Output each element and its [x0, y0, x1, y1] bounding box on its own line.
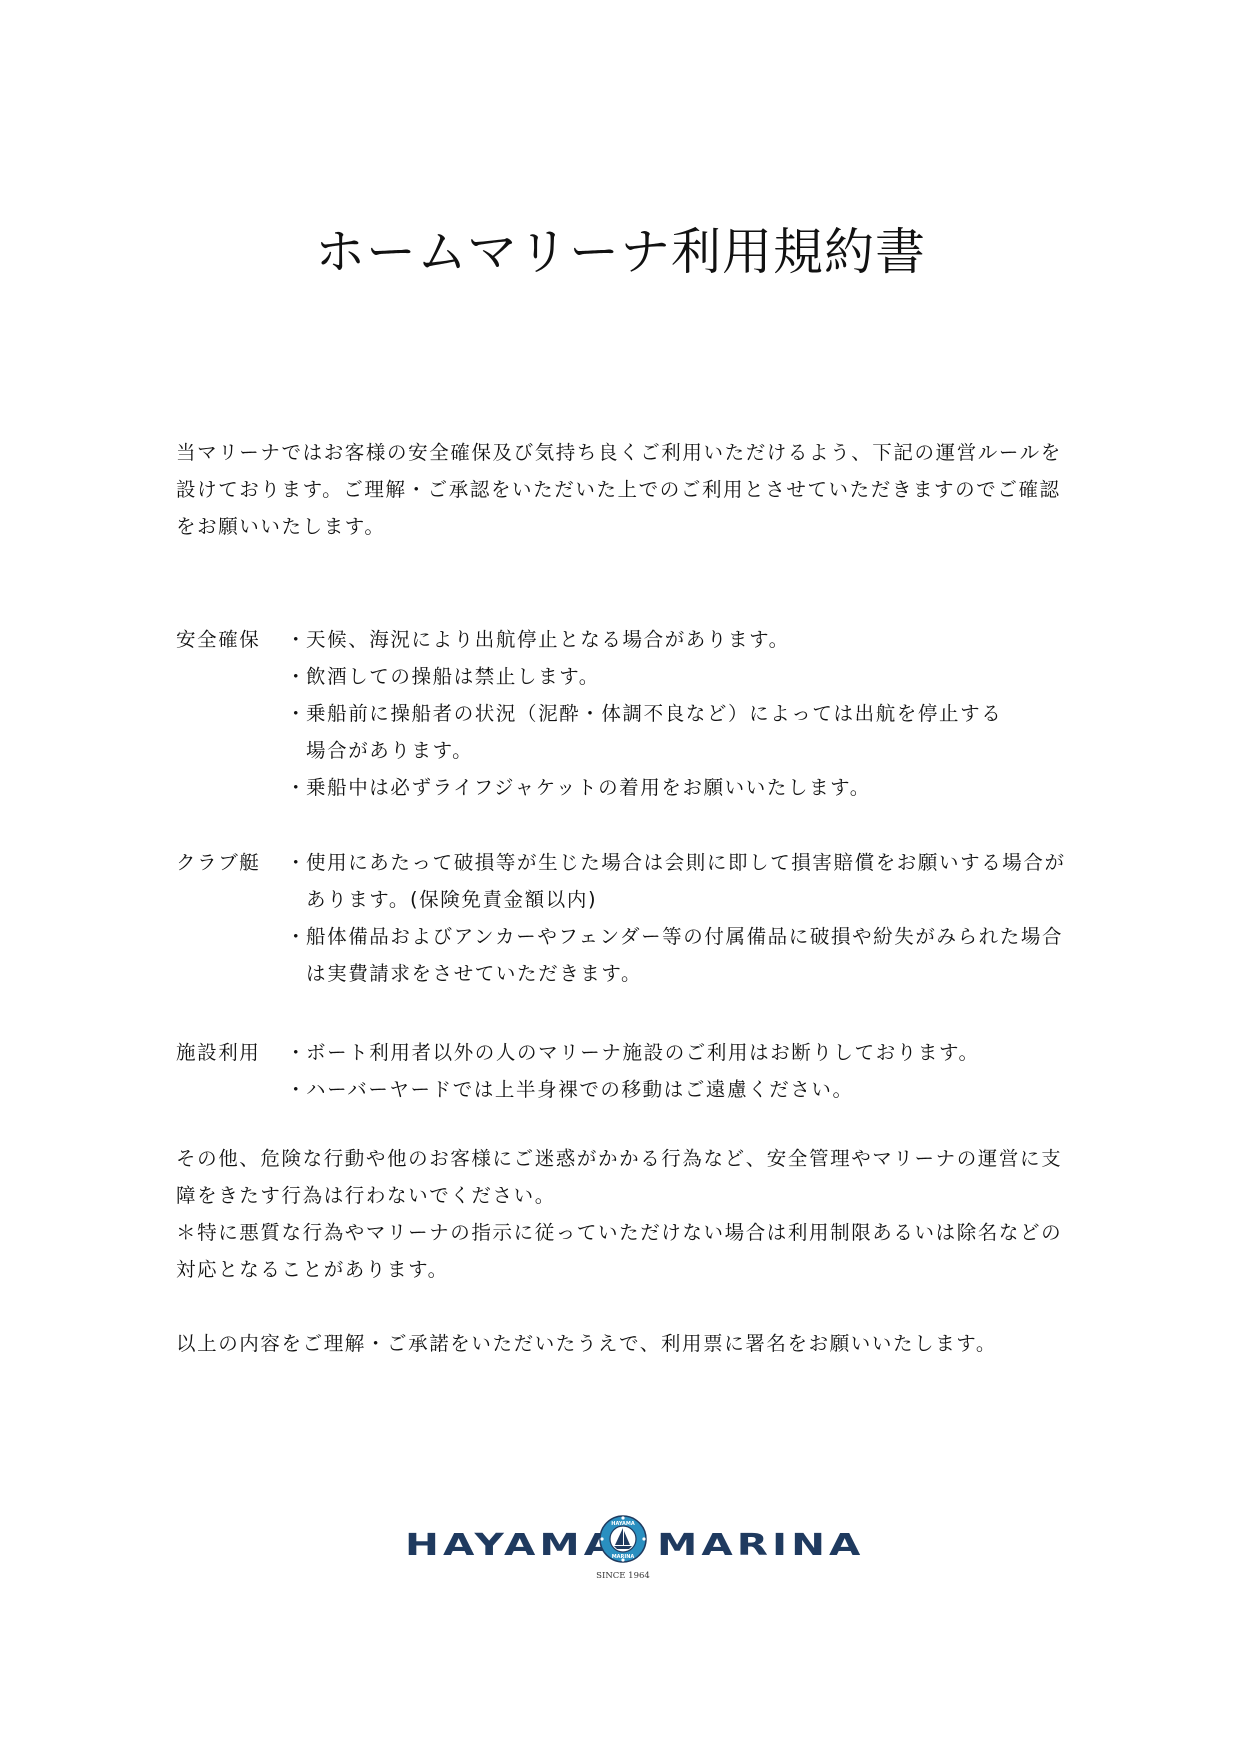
bullet: ・: [286, 1071, 306, 1108]
bullet: ・: [286, 695, 306, 732]
intro-paragraph: 当マリーナではお客様の安全確保及び気持ち良くご利用いただけるよう、下記の運営ルー…: [176, 434, 1066, 545]
logo-word-hayama: HAYAMA: [405, 1528, 619, 1563]
warning-paragraph: ＊特に悪質な行為やマリーナの指示に従っていただけない場合は利用制限あるいは除名な…: [176, 1214, 1066, 1288]
rule-list: ・ボート利用者以外の人のマリーナ施設のご利用はお断りしております。 ・ハーバーヤ…: [286, 1034, 1066, 1108]
rule-list: ・天候、海況により出航停止となる場合があります。 ・飲酒しての操船は禁止します。…: [286, 621, 1066, 806]
rule-item: ・使用にあたって破損等が生じた場合は会則に即して損害賠償をお願いする場合がありま…: [286, 844, 1066, 918]
bullet: ・: [286, 918, 306, 955]
rule-list: ・使用にあたって破損等が生じた場合は会則に即して損害賠償をお願いする場合がありま…: [286, 844, 1066, 992]
other-paragraph: その他、危険な行動や他のお客様にご迷惑がかかる行為など、安全管理やマリーナの運営…: [176, 1140, 1066, 1214]
bullet: ・: [286, 1034, 306, 1071]
other-notes: その他、危険な行動や他のお客様にご迷惑がかかる行為など、安全管理やマリーナの運営…: [176, 1140, 1066, 1288]
bullet: ・: [286, 621, 306, 658]
bullet: ・: [286, 658, 306, 695]
rule-item: ・ボート利用者以外の人のマリーナ施設のご利用はお断りしております。: [286, 1034, 1066, 1071]
rule-item: ・船体備品およびアンカーやフェンダー等の付属備品に破損や紛失がみられた場合は実費…: [286, 918, 1066, 992]
section-club-boat: クラブ艇 ・使用にあたって破損等が生じた場合は会則に即して損害賠償をお願いする場…: [176, 844, 1066, 992]
document-title: ホームマリーナ利用規約書: [0, 212, 1241, 284]
rule-item: ・乗船前に操船者の状況（泥酔・体調不良など）によっては出航を停止する場合がありま…: [286, 695, 1066, 769]
logo-word-marina: MARINA: [657, 1528, 864, 1563]
section-facility: 施設利用 ・ボート利用者以外の人のマリーナ施設のご利用はお断りしております。 ・…: [176, 1034, 1066, 1108]
life-ring-sailboat-icon: HAYAMA MARINA: [598, 1514, 648, 1564]
svg-text:HAYAMA: HAYAMA: [611, 1521, 635, 1527]
svg-text:MARINA: MARINA: [612, 1554, 635, 1560]
bullet: ・: [286, 844, 306, 881]
section-label: 安全確保: [176, 621, 286, 806]
since-text: SINCE 1964: [593, 1571, 653, 1581]
closing-paragraph: 以上の内容をご理解・ご承諾をいただいたうえで、利用票に署名をお願いいたします。: [176, 1325, 1066, 1362]
section-label: クラブ艇: [176, 844, 286, 992]
section-safety: 安全確保 ・天候、海況により出航停止となる場合があります。 ・飲酒しての操船は禁…: [176, 621, 1066, 806]
rule-item: ・ハーバーヤードでは上半身裸での移動はご遠慮ください。: [286, 1071, 1066, 1108]
rule-item: ・乗船中は必ずライフジャケットの着用をお願いいたします。: [286, 769, 1066, 806]
section-label: 施設利用: [176, 1034, 286, 1108]
bullet: ・: [286, 769, 306, 806]
rule-item: ・天候、海況により出航停止となる場合があります。: [286, 621, 1066, 658]
rule-item: ・飲酒しての操船は禁止します。: [286, 658, 1066, 695]
hayama-marina-logo: HAYAMA HAYAMA MARINA MARINA SINCE 1964: [395, 1510, 850, 1590]
